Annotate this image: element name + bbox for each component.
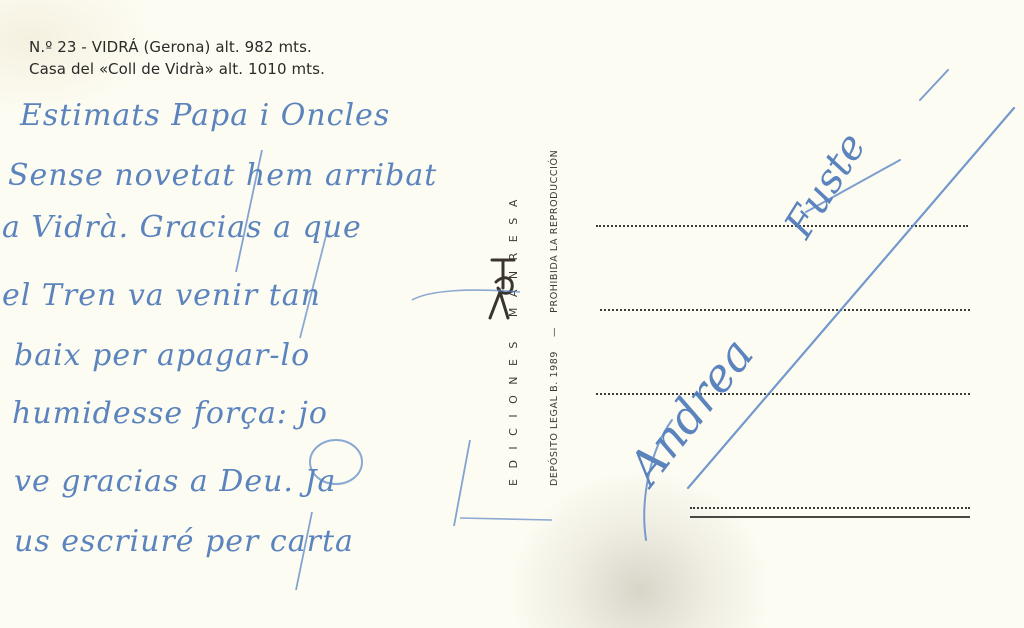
signature-flourish-icon [0, 0, 1024, 628]
postcard-back: N.º 23 - VIDRÁ (Gerona) alt. 982 mts. Ca… [0, 0, 1024, 628]
